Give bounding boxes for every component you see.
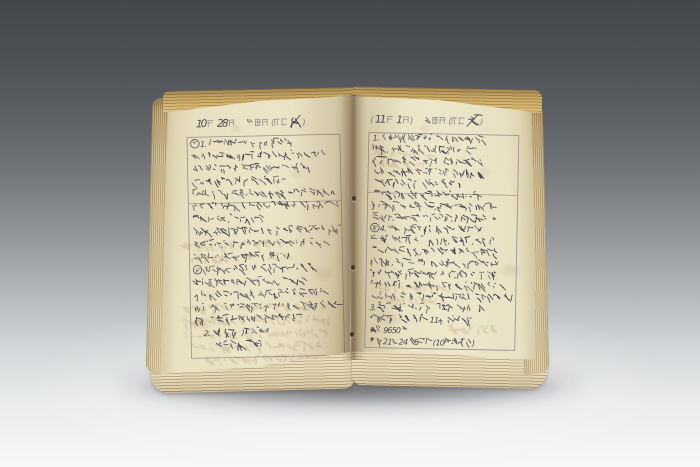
- handwritten-line: ,,: [372, 201, 497, 214]
- svg-text:.: .: [373, 303, 376, 312]
- handwritten-line: [375, 189, 482, 201]
- svg-text:.: .: [384, 224, 387, 233]
- svg-text:2: 2: [445, 146, 450, 155]
- svg-text:): ): [301, 118, 306, 128]
- svg-text:,: ,: [386, 145, 389, 154]
- svg-text:,: ,: [434, 203, 437, 212]
- svg-text:): ): [240, 328, 244, 337]
- svg-text:,: ,: [391, 258, 394, 267]
- svg-text:,: ,: [227, 215, 230, 224]
- svg-text:0: 0: [396, 326, 402, 335]
- handwritten-line: [194, 225, 341, 238]
- svg-text:): ): [471, 339, 475, 348]
- handwritten-line: 11: [370, 313, 471, 325]
- handwritten-line: ?: [192, 176, 286, 189]
- handwritten-line: [193, 162, 309, 175]
- svg-text:): ): [409, 116, 414, 126]
- handwritten-line: [193, 263, 316, 276]
- svg-text:1: 1: [387, 337, 393, 346]
- handwritten-line: ,4: [192, 149, 326, 162]
- handwritten-line: ,,: [371, 234, 494, 247]
- handwritten-line: ,,: [371, 258, 498, 270]
- svg-text:,: ,: [472, 237, 475, 246]
- svg-text:,: ,: [419, 247, 422, 256]
- svg-text:5: 5: [414, 338, 419, 347]
- svg-text:?: ?: [233, 177, 239, 186]
- svg-text:1: 1: [396, 114, 403, 126]
- svg-text:,: ,: [451, 214, 454, 223]
- svg-text:,: ,: [461, 282, 464, 291]
- handwritten-line: 4.: [370, 223, 481, 235]
- date-header: (111)(): [370, 113, 484, 128]
- handwritten-line: ,: [193, 275, 307, 288]
- svg-text:.: .: [377, 134, 380, 143]
- left-page-handwriting: 1028()1.,4?,,,,2.(): [157, 94, 353, 376]
- handwritten-line: ,: [193, 213, 263, 226]
- handwritten-line: [195, 300, 342, 313]
- handwritten-line: 21245(10): [370, 337, 475, 349]
- svg-text:,: ,: [278, 277, 281, 286]
- svg-text:,: ,: [454, 271, 457, 280]
- binding-stitch: [352, 196, 356, 201]
- handwritten-line: ,: [194, 251, 289, 263]
- svg-text:0: 0: [200, 118, 207, 130]
- handwritten-line: [375, 178, 460, 189]
- right-page-handwriting: (111)()1.,2,,,,4.,,,,,,,()3.11965021245(…: [347, 94, 538, 370]
- svg-text:.: .: [204, 140, 207, 149]
- svg-text:1: 1: [380, 114, 387, 126]
- date-header: 1028(): [195, 115, 306, 131]
- handwritten-line: 1.: [190, 137, 291, 150]
- svg-text:,: ,: [221, 240, 224, 249]
- svg-text:,: ,: [221, 253, 224, 262]
- svg-text:4: 4: [403, 338, 409, 347]
- right-diary-page: (111)()1.,2,,,,4.,,,,,,,()3.11965021245(…: [350, 96, 536, 368]
- svg-text:,: ,: [465, 203, 468, 212]
- handwritten-line: 3.: [369, 302, 484, 314]
- svg-text:,: ,: [233, 152, 236, 161]
- handwritten-line: ,: [371, 280, 506, 292]
- handwritten-line: ,: [194, 237, 330, 250]
- handwritten-line: [195, 288, 329, 301]
- left-diary-page: 1028()1.,4?,,,,2.(): [160, 96, 350, 374]
- svg-text:1: 1: [434, 316, 440, 325]
- svg-text:): ): [479, 118, 484, 128]
- handwritten-line: 9650: [370, 325, 406, 335]
- binding-stitch: [350, 332, 354, 337]
- svg-text:8: 8: [222, 118, 229, 130]
- binding-stitch: [351, 265, 355, 270]
- handwritten-line: ,,: [373, 212, 495, 224]
- svg-text:,: ,: [448, 237, 451, 246]
- handwritten-line: [374, 167, 484, 178]
- svg-text:(: (: [370, 116, 374, 126]
- handwritten-line: [193, 200, 338, 213]
- svg-text:,: ,: [436, 259, 439, 268]
- handwritten-line: [193, 187, 335, 201]
- handwritten-line: ,: [373, 246, 497, 259]
- svg-text:.: .: [207, 329, 210, 338]
- photograph: 1028()1.,4?,,,,2.() (111)()1.,2,,,,4.,,,…: [0, 0, 700, 467]
- svg-text:): ): [420, 293, 424, 302]
- handwritten-line: ,: [370, 268, 496, 281]
